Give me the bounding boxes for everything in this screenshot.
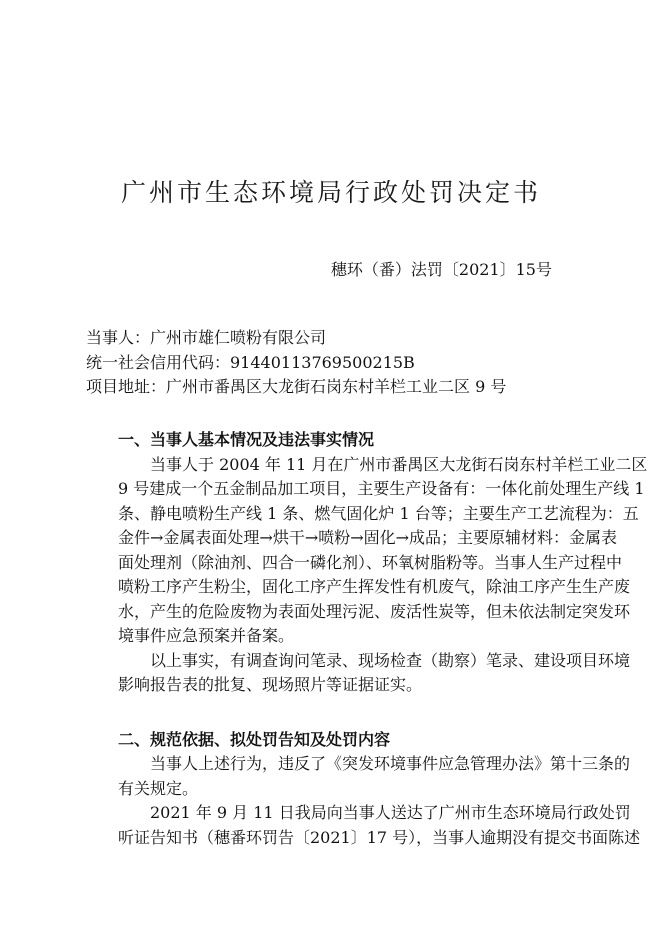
paragraph-hearing-notice: 2021 年 9 月 11 日我局向当事人送达了广州市生态环境局行政处罚 听证告…: [86, 801, 580, 850]
document-body: 一、当事人基本情况及违法事实情况 当事人于 2004 年 11 月在广州市番禺区…: [86, 428, 580, 850]
credit-code: 统一社会信用代码：91440113769500215B: [86, 351, 586, 376]
paragraph-violation: 当事人上述行为，违反了《突发环境事件应急管理办法》第十三条的 有关规定。: [86, 752, 580, 801]
text-line: 以上事实，有调查询问笔录、现场检查（勘察）笔录、建设项目环境: [86, 649, 580, 674]
text-line: 影响报告表的批复、现场照片等证据证实。: [86, 673, 580, 698]
section-heading-legal-basis: 二、规范依据、拟处罚告知及处罚内容: [86, 728, 580, 753]
project-address: 项目地址：广州市番禺区大龙街石岗东村羊栏工业二区 9 号: [86, 375, 586, 400]
text-line: 喷粉工序产生粉尘，固化工序产生挥发性有机废气，除油工序产生生产废: [86, 575, 580, 600]
paragraph-evidence: 以上事实，有调查询问笔录、现场检查（勘察）笔录、建设项目环境 影响报告表的批复、…: [86, 649, 580, 698]
document-page: 广州市生态环境局行政处罚决定书 穗环（番）法罚〔2021〕15号 当事人：广州市…: [0, 0, 662, 936]
party-name: 当事人：广州市雄仁喷粉有限公司: [86, 326, 586, 351]
text-line: 听证告知书（穗番环罚告〔2021〕17 号），当事人逾期没有提交书面陈述: [86, 826, 580, 851]
text-line: 面处理剂（除油剂、四合一磷化剂）、环氧树脂粉等。当事人生产过程中: [86, 551, 580, 576]
text-line: 当事人于 2004 年 11 月在广州市番禺区大龙街石岗东村羊栏工业二区: [86, 453, 580, 478]
document-title: 广州市生态环境局行政处罚决定书: [0, 176, 662, 210]
section-spacer: [86, 698, 580, 728]
text-line: 水，产生的危险废物为表面处理污泥、废活性炭等，但未依法制定突发环: [86, 600, 580, 625]
text-line: 境事件应急预案并备案。: [86, 624, 580, 649]
text-line: 当事人上述行为，违反了《突发环境事件应急管理办法》第十三条的: [86, 752, 580, 777]
text-line: 条、静电喷粉生产线 1 条、燃气固化炉 1 台等；主要生产工艺流程为：五: [86, 502, 580, 527]
paragraph-facts: 当事人于 2004 年 11 月在广州市番禺区大龙街石岗东村羊栏工业二区 9 号…: [86, 453, 580, 649]
text-line: 金件→金属表面处理→烘干→喷粉→固化→成品；主要原辅材料：金属表: [86, 526, 580, 551]
text-line: 有关规定。: [86, 777, 580, 802]
document-number: 穗环（番）法罚〔2021〕15号: [331, 258, 552, 282]
text-line: 2021 年 9 月 11 日我局向当事人送达了广州市生态环境局行政处罚: [86, 801, 580, 826]
section-heading-facts: 一、当事人基本情况及违法事实情况: [86, 428, 580, 453]
party-info-block: 当事人：广州市雄仁喷粉有限公司 统一社会信用代码：914401137695002…: [86, 326, 586, 400]
text-line: 9 号建成一个五金制品加工项目，主要生产设备有：一体化前处理生产线 1: [86, 477, 580, 502]
